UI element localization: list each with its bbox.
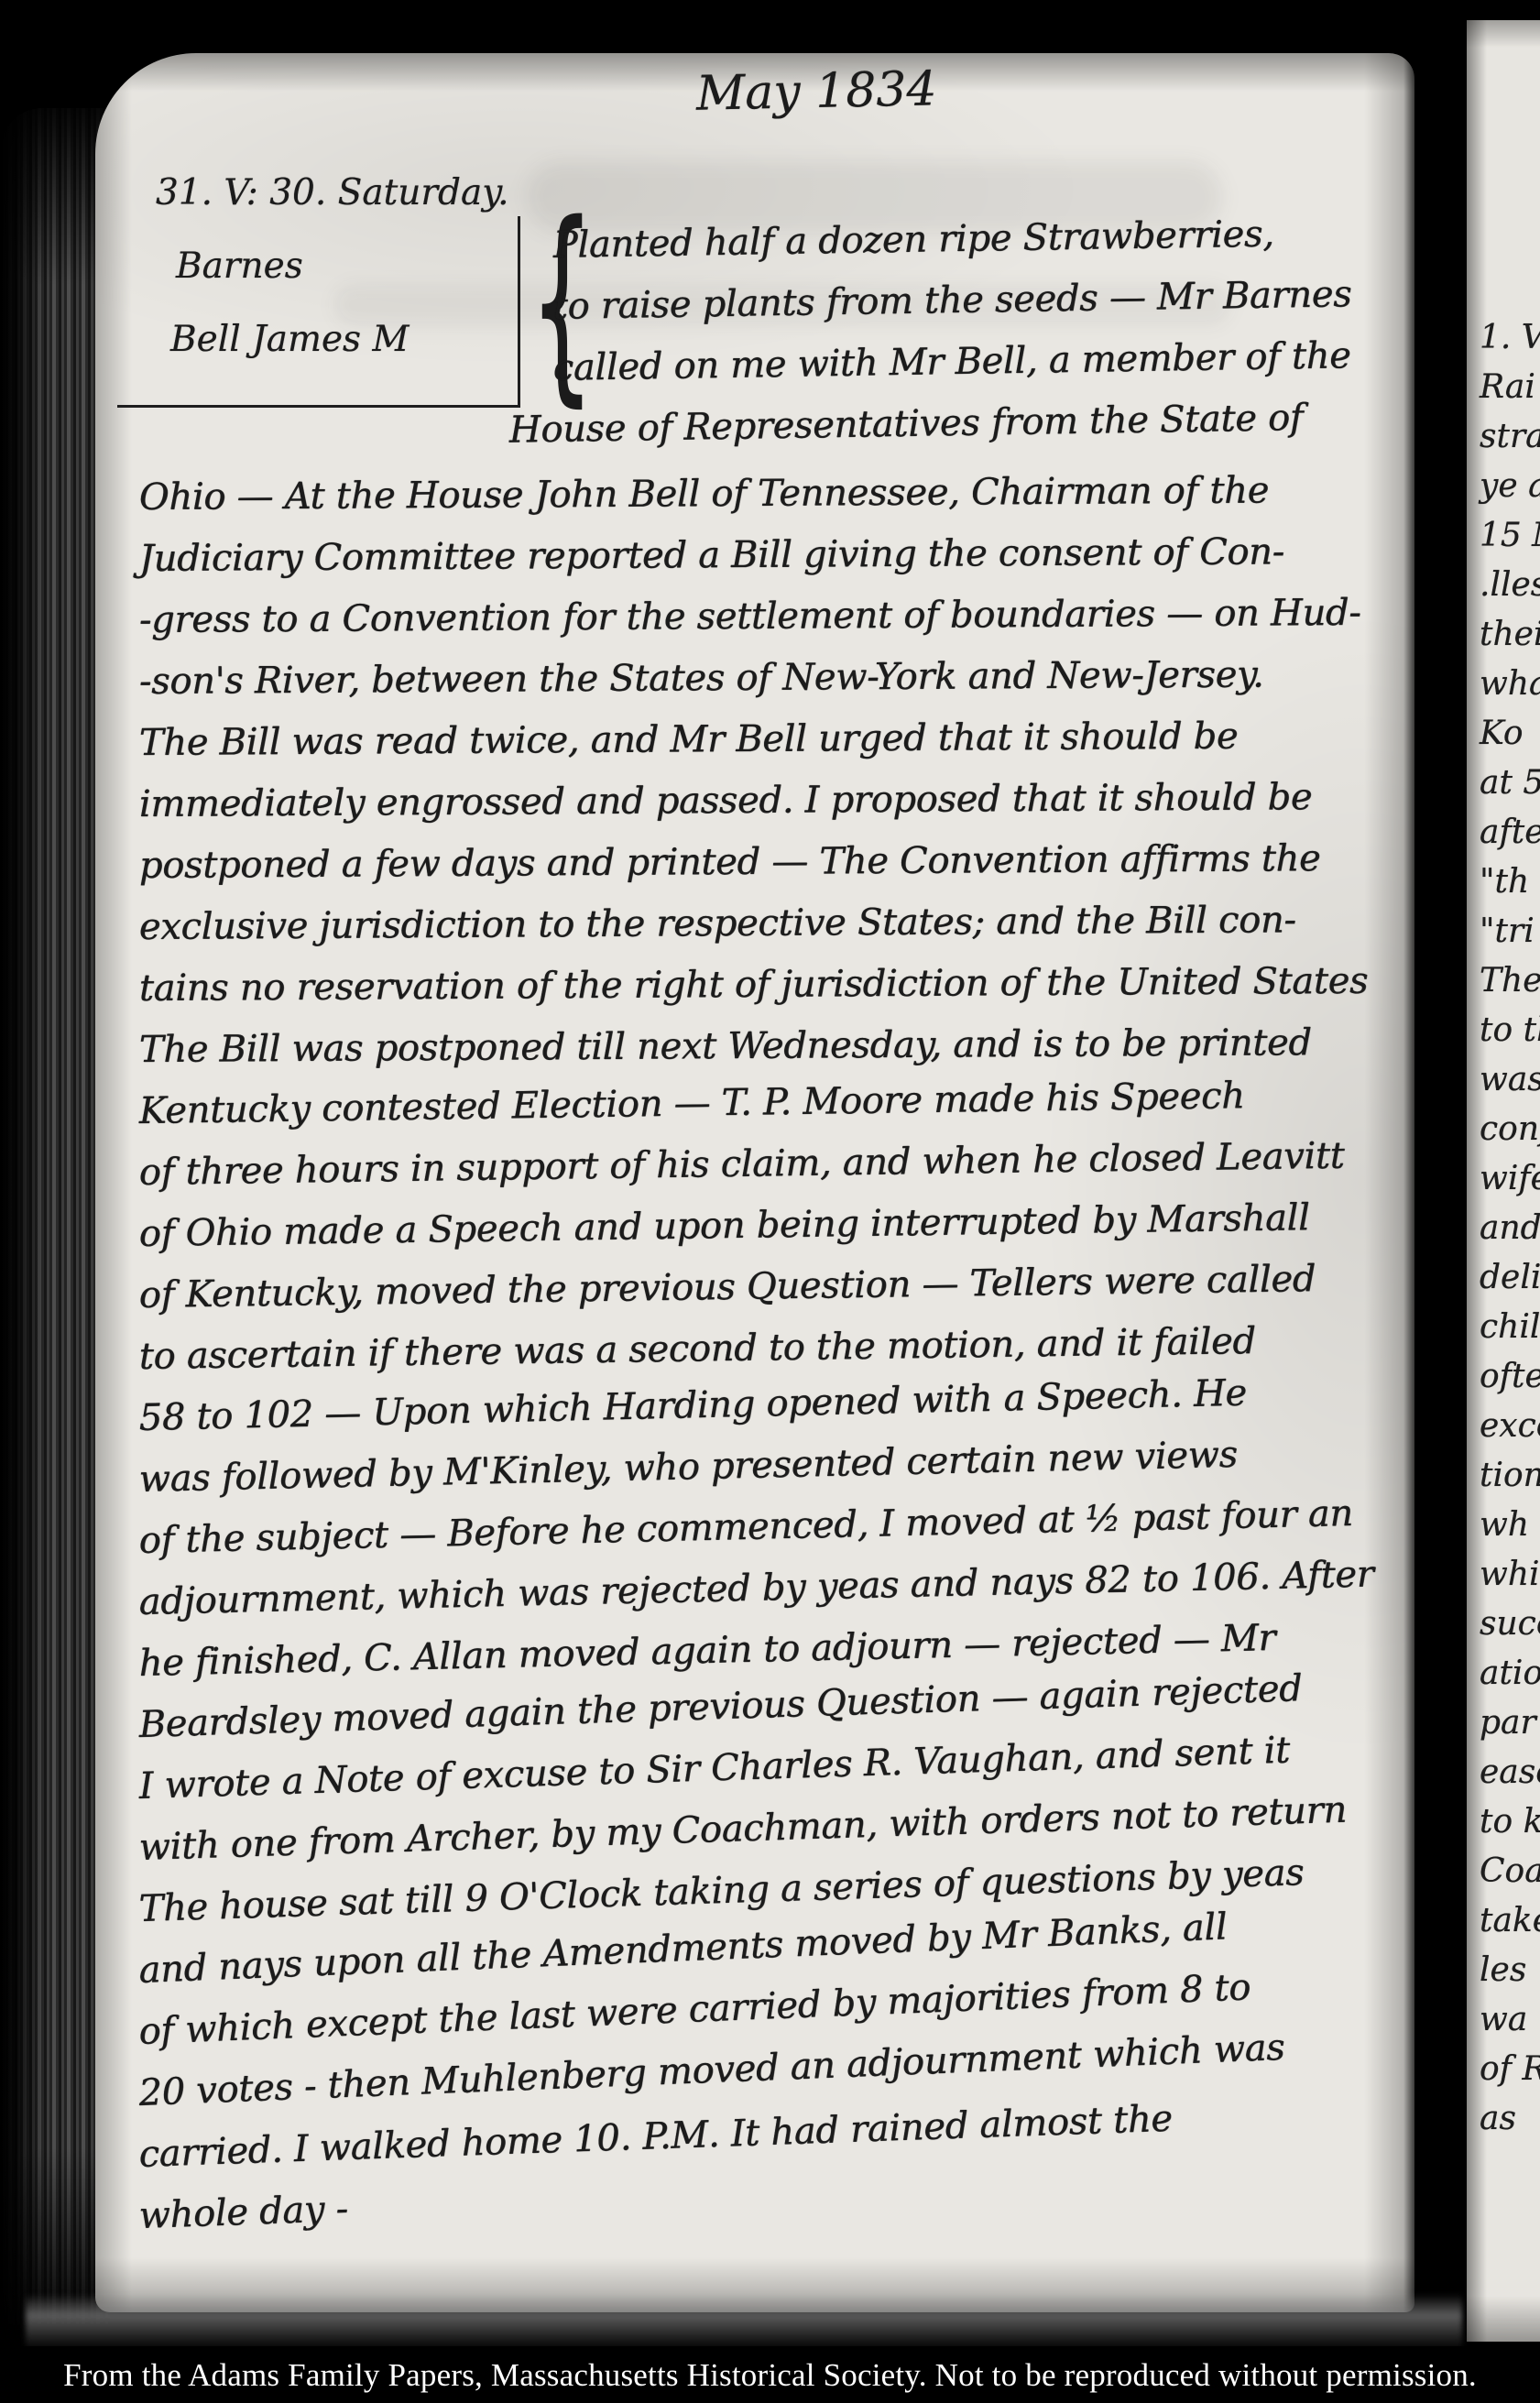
adjacent-page-fragment: wh bbox=[1480, 1506, 1540, 1556]
book-page-edges-left bbox=[0, 108, 110, 2325]
adjacent-page-fragment: wife bbox=[1480, 1160, 1540, 1209]
adjacent-page-fragment: take bbox=[1480, 1902, 1540, 1951]
diary-line: The Bill was read twice, and Mr Bell urg… bbox=[139, 714, 1414, 783]
diary-line: Ohio — At the House John Bell of Tenness… bbox=[139, 468, 1414, 538]
adjacent-page-fragment: 1. V1 bbox=[1480, 319, 1540, 368]
adjacent-page-fragment: chil bbox=[1480, 1308, 1540, 1358]
adjacent-page-fragment: tion bbox=[1480, 1457, 1540, 1506]
adjacent-page-fragment: conf bbox=[1480, 1110, 1540, 1160]
adjacent-page-fragment: "th bbox=[1480, 863, 1540, 912]
adjacent-page-fragment: to k bbox=[1480, 1803, 1540, 1852]
adjacent-page-fragment: Ko bbox=[1480, 715, 1540, 764]
diary-line: immediately engrossed and passed. I prop… bbox=[139, 775, 1414, 845]
diary-line: tains no reservation of the right of jur… bbox=[139, 959, 1414, 1029]
diary-page: May 1834 31. V: 30. Saturday. Barnes Bel… bbox=[95, 53, 1414, 2312]
adjacent-page-fragment: ye a bbox=[1480, 467, 1540, 517]
adjacent-page-fragment: of R bbox=[1480, 2050, 1540, 2100]
diary-entry-text: Planted half a dozen ripe Strawberries, … bbox=[139, 231, 1414, 2256]
adjacent-page-fragment: delic bbox=[1480, 1259, 1540, 1308]
diary-line: Judiciary Committee reported a Bill givi… bbox=[139, 530, 1414, 599]
adjacent-page-fragment: stra bbox=[1480, 418, 1540, 467]
diary-line: -son's River, between the States of New-… bbox=[139, 652, 1414, 722]
credit-text: From the Adams Family Papers, Massachuse… bbox=[0, 2357, 1540, 2394]
adjacent-page-fragment: ease bbox=[1480, 1753, 1540, 1803]
adjacent-page-fragment: as bbox=[1480, 2100, 1540, 2149]
adjacent-page-fragment: 15 No bbox=[1480, 517, 1540, 566]
adjacent-page-fragment: at 5 bbox=[1480, 764, 1540, 814]
adjacent-page-fragment: "tri bbox=[1480, 912, 1540, 962]
adjacent-page-fragment: whi bbox=[1480, 1556, 1540, 1605]
adjacent-page-fragment: to the bbox=[1480, 1011, 1540, 1061]
adjacent-page-fragment: The bbox=[1480, 962, 1540, 1011]
adjacent-page-fragment: Coa bbox=[1480, 1852, 1540, 1902]
adjacent-page-fragment: and bbox=[1480, 1209, 1540, 1259]
book-gutter-shadow bbox=[1403, 15, 1473, 2349]
diary-line: exclusive jurisdiction to the respective… bbox=[139, 898, 1414, 967]
adjacent-page-fragment: Rai bbox=[1480, 368, 1540, 418]
adjacent-page-fragment: par bbox=[1480, 1704, 1540, 1753]
adjacent-page-text: 1. V1 Rai stra ye a 15 No .lles their wh… bbox=[1480, 319, 1540, 2149]
page-date-header: May 1834 bbox=[695, 61, 937, 121]
adjacent-page-fragment: ofte bbox=[1480, 1358, 1540, 1407]
adjacent-page-fragment: wha bbox=[1480, 665, 1540, 715]
adjacent-page-fragment: .lles bbox=[1480, 566, 1540, 616]
adjacent-page-sliver: 1. V1 Rai stra ye a 15 No .lles their wh… bbox=[1467, 20, 1540, 2342]
diary-line: -gress to a Convention for the settlemen… bbox=[139, 591, 1414, 661]
diary-line: postponed a few days and printed — The C… bbox=[139, 836, 1414, 906]
adjacent-page-fragment: suce bbox=[1480, 1605, 1540, 1655]
adjacent-page-fragment: les bbox=[1480, 1951, 1540, 2001]
adjacent-page-fragment: atio bbox=[1480, 1655, 1540, 1704]
adjacent-page-fragment: was bbox=[1480, 1061, 1540, 1110]
adjacent-page-fragment: their bbox=[1480, 616, 1540, 665]
book-bottom-edge-shadow bbox=[26, 2294, 1462, 2351]
adjacent-page-fragment: afte bbox=[1480, 814, 1540, 863]
adjacent-page-fragment: wa bbox=[1480, 2001, 1540, 2050]
adjacent-page-fragment: exce bbox=[1480, 1407, 1540, 1457]
credit-bar: From the Adams Family Papers, Massachuse… bbox=[0, 2346, 1540, 2403]
